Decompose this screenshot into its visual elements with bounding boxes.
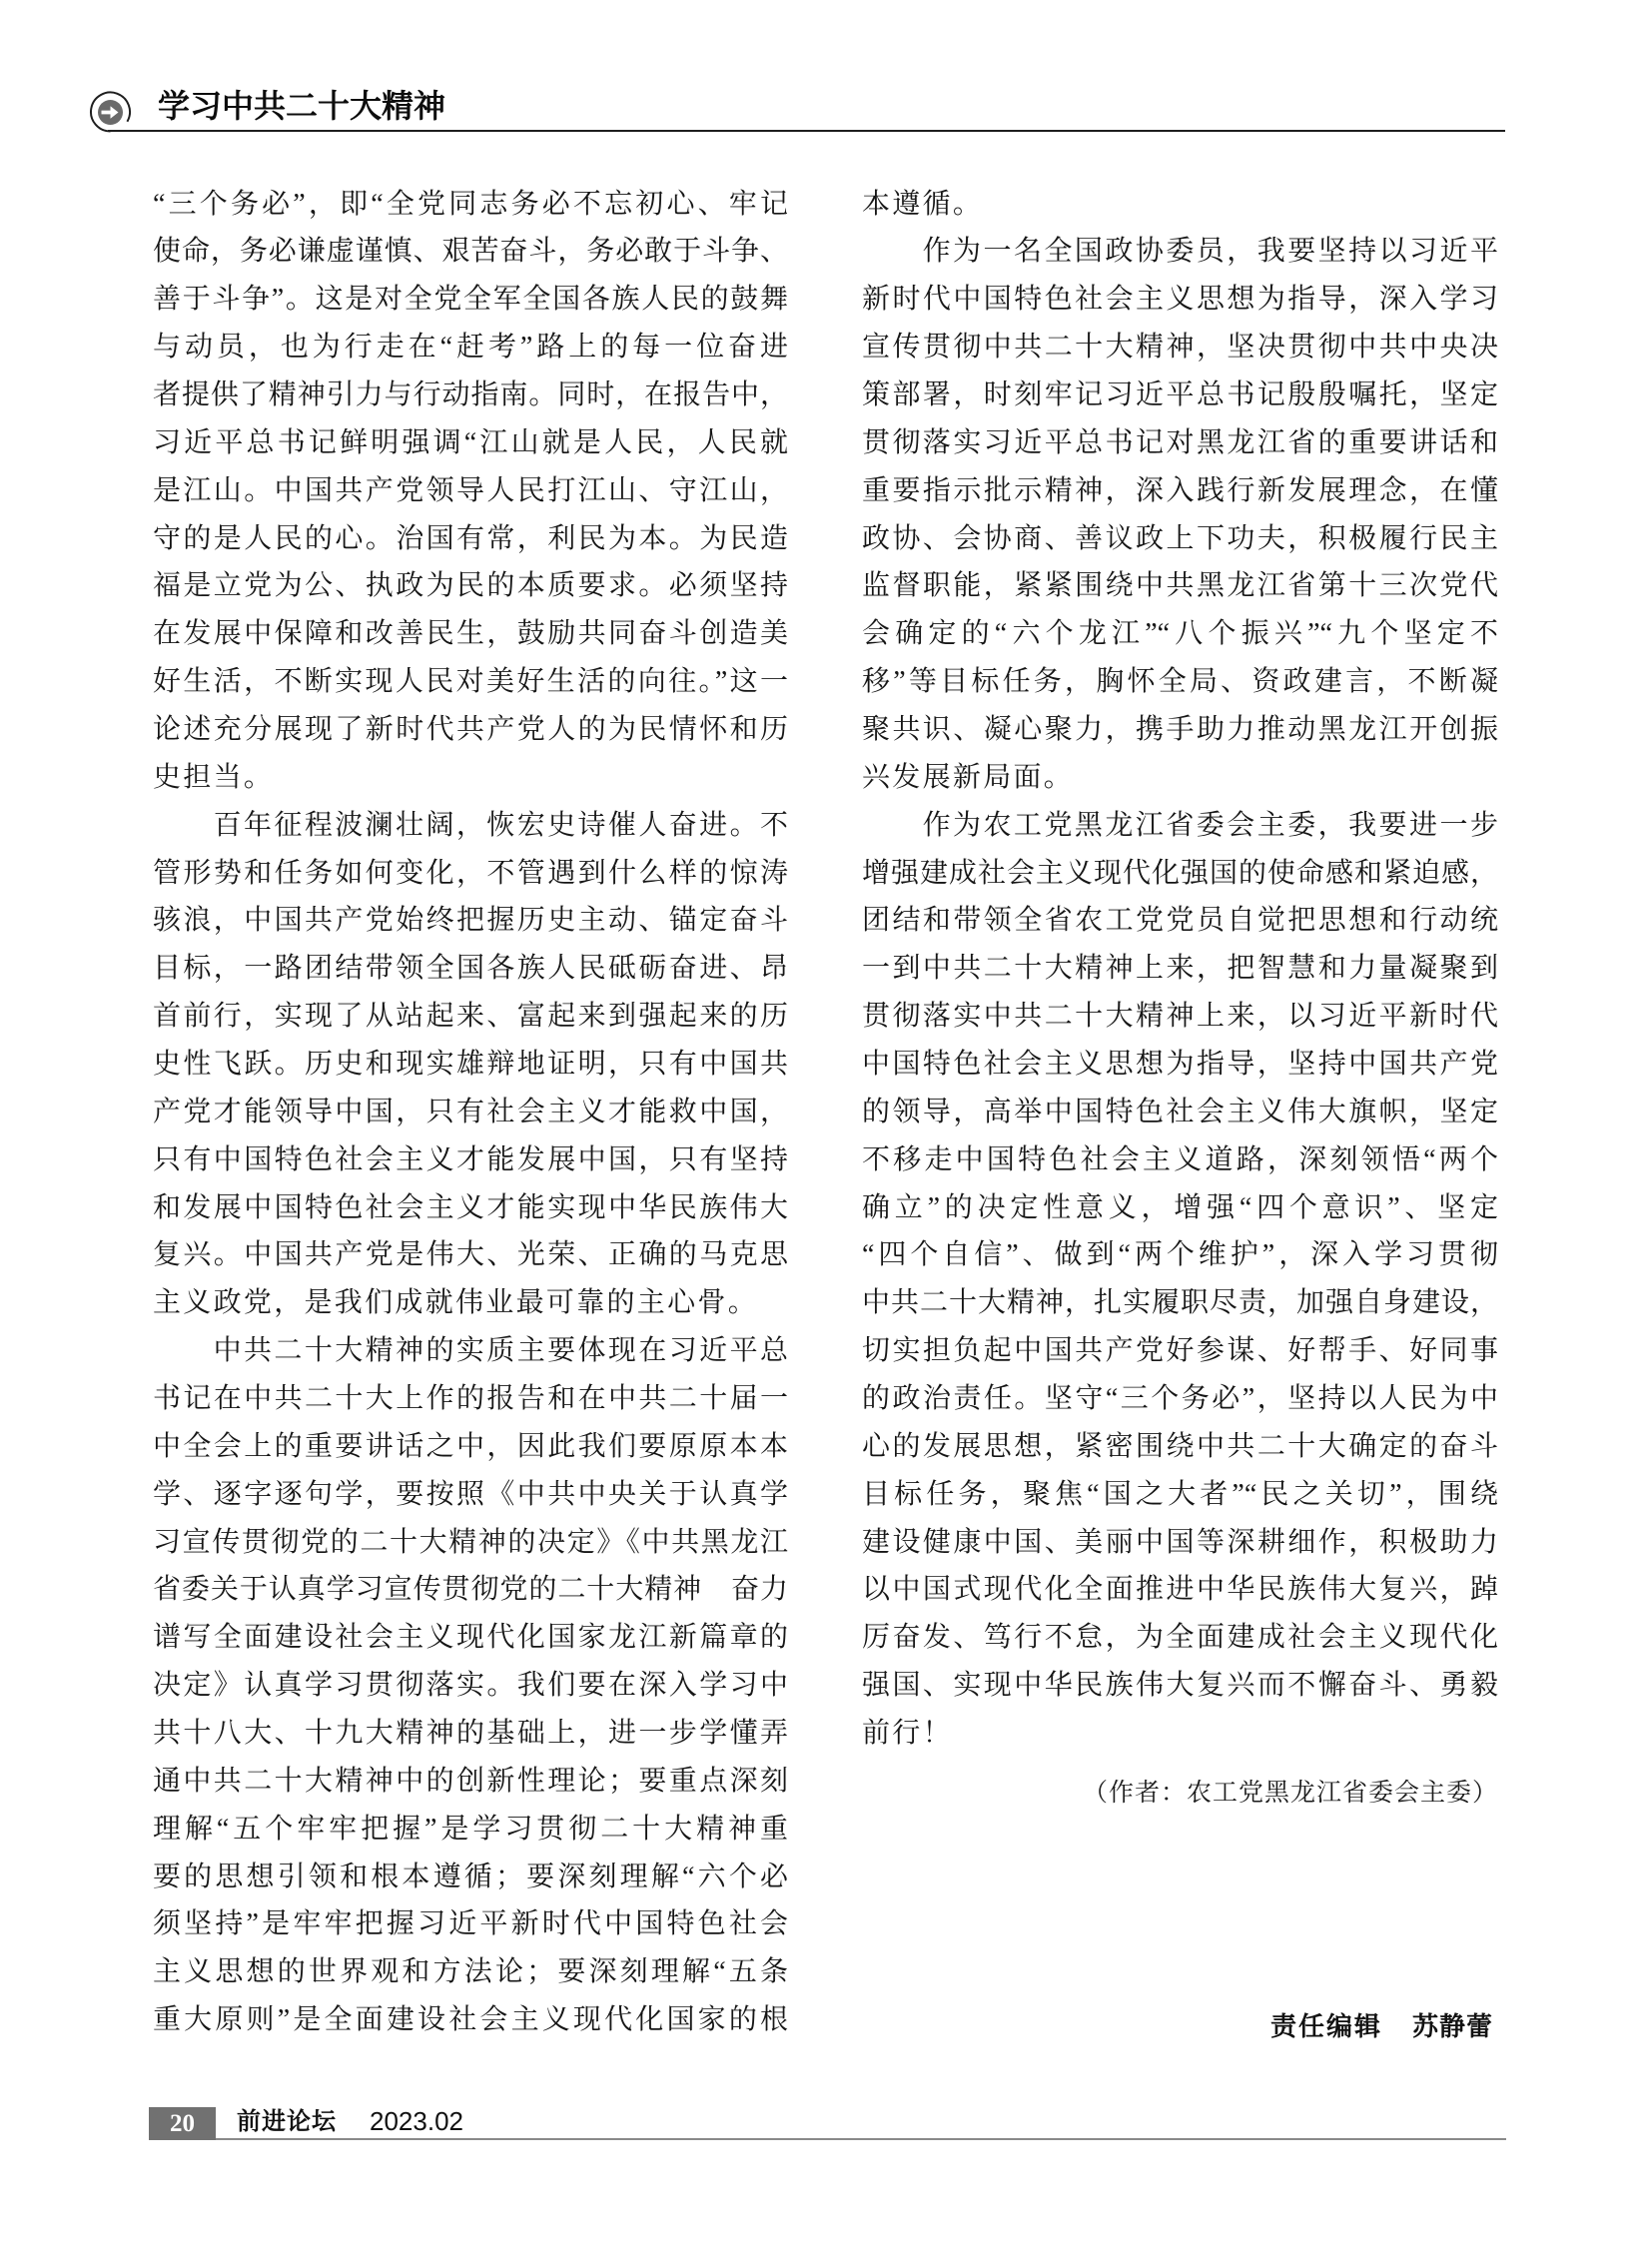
text-line: 是江山。中国共产党领导人民打江山、守江山， [153,467,788,515]
section-title: 学习中共二十大精神 [158,86,445,126]
text-line: 增强建成社会主义现代化强国的使命感和紧迫感， [862,850,1498,898]
page-number: 20 [149,2107,216,2140]
text-line: 复兴。中国共产党是伟大、光荣、正确的马克思 [153,1231,788,1279]
text-line: 不移走中国特色社会主义道路，深刻领悟“两个 [862,1136,1498,1184]
publication-name: 前进论坛 [237,2103,337,2139]
text-line: 前行！ [862,1710,1498,1758]
text-line: 与动员，也为行走在“赶考”路上的每一位奋进 [153,324,788,372]
text-line: 中共二十大精神，扎实履职尽责，加强自身建设， [862,1279,1498,1327]
text-line: 史担当。 [153,754,788,802]
author-credit: （作者：农工党黑龙江省委会主委） [1083,1769,1498,1817]
text-line: 贯彻落实中共二十大精神上来，以习近平新时代 [862,993,1498,1041]
text-line: 政协、会协商、善议政上下功夫，积极履行民主 [862,515,1498,563]
text-line: 习宣传贯彻党的二十大精神的决定》《中共黑龙江 [153,1519,788,1567]
text-line: 首前行，实现了从站起来、富起来到强起来的历 [153,993,788,1041]
text-line: 目标任务，聚焦“国之大者”“民之关切”，围绕 [862,1471,1498,1519]
text-line: 一到中共二十大精神上来，把智慧和力量凝聚到 [862,945,1498,993]
text-line: 主义思想的世界观和方法论；要深刻理解“五条 [153,1948,788,1996]
text-line: 谱写全面建设社会主义现代化国家龙江新篇章的 [153,1614,788,1662]
text-line: 史性飞跃。历史和现实雄辩地证明，只有中国共 [153,1041,788,1089]
text-line: 产党才能领导中国，只有社会主义才能救中国， [153,1089,788,1136]
text-line: 守的是人民的心。治国有常，利民为本。为民造 [153,515,788,563]
editor-label: 责任编辑 [1270,2012,1382,2042]
text-line: 省委关于认真学习宣传贯彻党的二十大精神 奋力 [153,1566,788,1614]
text-line: 会确定的“六个龙江”“八个振兴”“九个坚定不 [862,610,1498,658]
issue-date: 2023.02 [370,2103,463,2139]
paragraph-start-line: 作为一名全国政协委员，我要坚持以习近平 [862,228,1498,276]
text-line: 宣传贯彻中共二十大精神，坚决贯彻中共中央决 [862,324,1498,372]
text-line: 确立”的决定性意义，增强“四个意识”、坚定 [862,1184,1498,1232]
header-divider [108,130,1505,132]
text-line: 通中共二十大精神中的创新性理论；要重点深刻 [153,1758,788,1806]
text-line: 使命，务必谦虚谨慎、艰苦奋斗，务必敢于斗争、 [153,228,788,276]
text-line: 学、逐字逐句学，要按照《中共中央关于认真学 [153,1471,788,1519]
text-line: 福是立党为公、执政为民的本质要求。必须坚持 [153,562,788,610]
paragraph-start-line: 百年征程波澜壮阔，恢宏史诗催人奋进。不 [153,802,788,850]
text-line: 贯彻落实习近平总书记对黑龙江省的重要讲话和 [862,419,1498,467]
text-line: 共十八大、十九大精神的基础上，进一步学懂弄 [153,1710,788,1758]
text-line: 厉奋发、笃行不怠，为全面建成社会主义现代化 [862,1614,1498,1662]
paragraph-start-line: 作为农工党黑龙江省委会主委，我要进一步 [862,802,1498,850]
text-line: 目标，一路团结带领全国各族人民砥砺奋进、昂 [153,945,788,993]
text-line: 策部署，时刻牢记习近平总书记殷殷嘱托，坚定 [862,372,1498,419]
text-line: 书记在中共二十大上作的报告和在中共二十届一 [153,1375,788,1423]
text-line: “三个务必”，即“全党同志务必不忘初心、牢记 [153,181,788,229]
text-line: 习近平总书记鲜明强调“江山就是人民，人民就 [153,419,788,467]
text-line: 以中国式现代化全面推进中华民族伟大复兴，踔 [862,1566,1498,1614]
text-line: 强国、实现中华民族伟大复兴而不懈奋斗、勇毅 [862,1662,1498,1710]
text-line: 中国特色社会主义思想为指导，坚持中国共产党 [862,1041,1498,1089]
text-line: 只有中国特色社会主义才能发展中国，只有坚持 [153,1136,788,1184]
text-line: 决定》认真学习贯彻落实。我们要在深入学习中 [153,1662,788,1710]
article-column-left: “三个务必”，即“全党同志务必不忘初心、牢记 使命，务必谦虚谨慎、艰苦奋斗，务必… [153,181,788,2045]
text-line: 好生活，不断实现人民对美好生活的向往。”这一 [153,658,788,706]
text-line: 善于斗争”。这是对全党全军全国各族人民的鼓舞 [153,276,788,324]
text-line: 和发展中国特色社会主义才能实现中华民族伟大 [153,1184,788,1232]
text-line: 的领导，高举中国特色社会主义伟大旗帜，坚定 [862,1089,1498,1136]
editor-name: 苏静蕾 [1412,2012,1493,2042]
text-line: 中全会上的重要讲话之中，因此我们要原原本本 [153,1423,788,1471]
text-line: 移”等目标任务，胸怀全局、资政建言，不断凝 [862,658,1498,706]
text-line: 监督职能，紧紧围绕中共黑龙江省第十三次党代 [862,562,1498,610]
text-line: 心的发展思想，紧密围绕中共二十大确定的奋斗 [862,1423,1498,1471]
text-line: 建设健康中国、美丽中国等深耕细作，积极助力 [862,1519,1498,1567]
text-line: 重大原则”是全面建设社会主义现代化国家的根 [153,1996,788,2044]
text-line: 论述充分展现了新时代共产党人的为民情怀和历 [153,706,788,754]
article-column-right: 本遵循。 作为一名全国政协委员，我要坚持以习近平 新时代中国特色社会主义思想为指… [862,181,1498,1758]
editor-credit: 责任编辑苏静蕾 [1270,2007,1493,2047]
text-line: 重要指示批示精神，深入践行新发展理念，在懂 [862,467,1498,515]
text-line: 团结和带领全省农工党党员自觉把思想和行动统 [862,897,1498,945]
text-line: 骇浪，中国共产党始终把握历史主动、锚定奋斗 [153,897,788,945]
text-line: 兴发展新局面。 [862,754,1498,802]
text-line: 理解“五个牢牢把握”是学习贯彻二十大精神重 [153,1806,788,1854]
text-line: 须坚持”是牢牢把握习近平新时代中国特色社会 [153,1900,788,1948]
text-line: 要的思想引领和根本遵循；要深刻理解“六个必 [153,1854,788,1901]
text-line: 者提供了精神引力与行动指南。同时，在报告中， [153,372,788,419]
text-line: 聚共识、凝心聚力，携手助力推动黑龙江开创振 [862,706,1498,754]
text-line: 的政治责任。坚守“三个务必”，坚持以人民为中 [862,1375,1498,1423]
text-line: 在发展中保障和改善民生，鼓励共同奋斗创造美 [153,610,788,658]
text-line: “四个自信”、做到“两个维护”，深入学习贯彻 [862,1231,1498,1279]
text-line: 管形势和任务如何变化，不管遇到什么样的惊涛 [153,850,788,898]
text-line: 切实担负起中国共产党好参谋、好帮手、好同事 [862,1327,1498,1375]
paragraph-start-line: 中共二十大精神的实质主要体现在习近平总 [153,1327,788,1375]
text-line: 新时代中国特色社会主义思想为指导，深入学习 [862,276,1498,324]
text-line: 本遵循。 [862,181,1498,229]
text-line: 主义政党，是我们成就伟业最可靠的主心骨。 [153,1279,788,1327]
